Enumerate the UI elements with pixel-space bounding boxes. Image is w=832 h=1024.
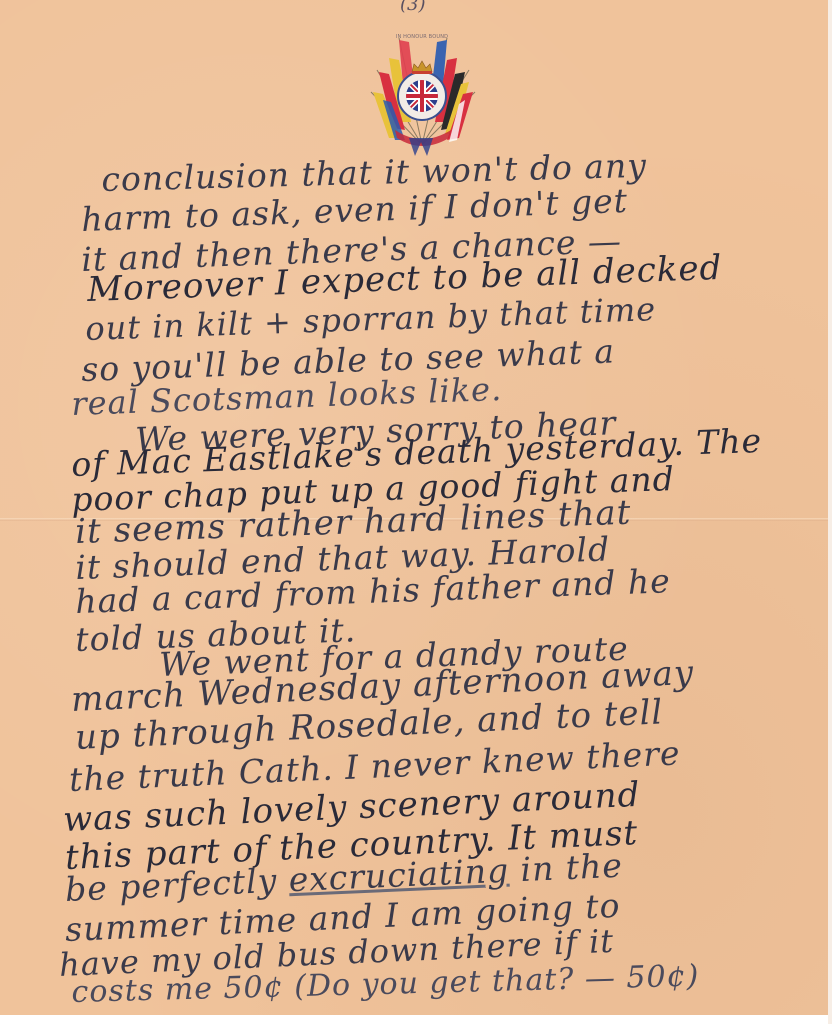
letterhead-motto: IN HONOUR BOUND [387,34,457,40]
scan-edge [828,0,832,1024]
page-number: (3) [400,0,426,15]
letter-text: in the [520,846,624,889]
allied-flags-crest-icon: IN HONOUR BOUND [365,30,480,158]
letter-page: (3) IN HONOUR BOUND [0,0,828,1015]
flags-emblem-graphic [365,30,480,158]
